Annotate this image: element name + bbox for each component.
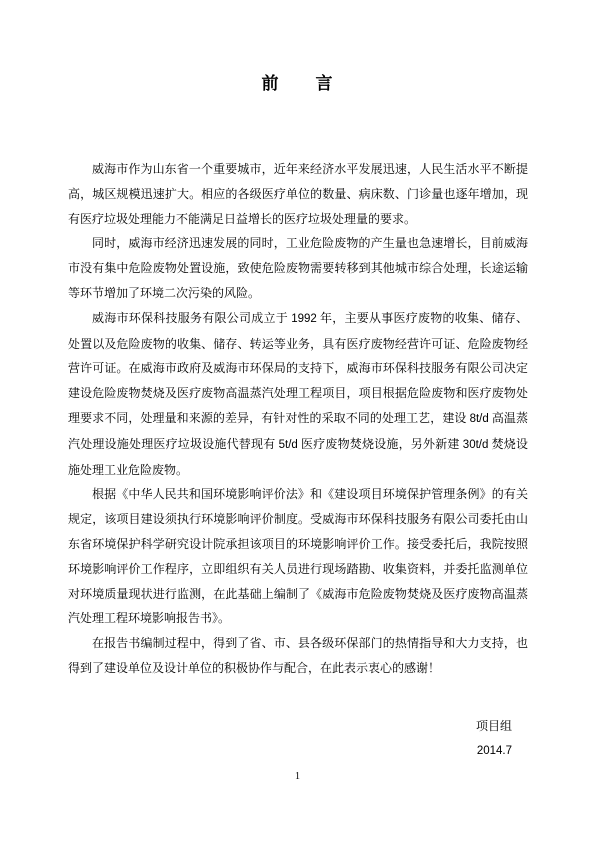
signature-block: 项目组 2014.7 — [68, 714, 528, 764]
paragraph: 在报告书编制过程中，得到了省、市、县各级环保部门的热情指导和大力支持，也得到了建… — [68, 631, 528, 681]
latin-text: 8t/d — [470, 413, 489, 425]
paragraph: 威海市作为山东省一个重要城市，近年来经济水平发展迅速，人民生活水平不断提高，城区… — [68, 157, 528, 231]
preface-paragraphs: 威海市作为山东省一个重要城市，近年来经济水平发展迅速，人民生活水平不断提高，城区… — [68, 157, 528, 681]
page-number: 1 — [0, 771, 595, 783]
latin-text: 1992 — [291, 313, 317, 325]
latin-text: 5t/d — [279, 439, 298, 451]
page-title: 前 言 — [0, 71, 595, 97]
document-page: 前 言 威海市作为山东省一个重要城市，近年来经济水平发展迅速，人民生活水平不断提… — [0, 0, 595, 842]
paragraph: 根据《中华人民共和国环境影响评价法》和《建设项目环境保护管理条例》的有关规定，该… — [68, 482, 528, 631]
latin-text: 30t/d — [463, 439, 489, 451]
paragraph: 威海市环保科技服务有限公司成立于 1992 年，主要从事医疗废物的收集、储存、处… — [68, 306, 528, 483]
signature-date: 2014.7 — [68, 739, 512, 764]
signature-author: 项目组 — [68, 714, 512, 739]
paragraph: 同时，威海市经济迅速发展的同时，工业危险废物的产生量也急速增长，目前威海市没有集… — [68, 231, 528, 305]
